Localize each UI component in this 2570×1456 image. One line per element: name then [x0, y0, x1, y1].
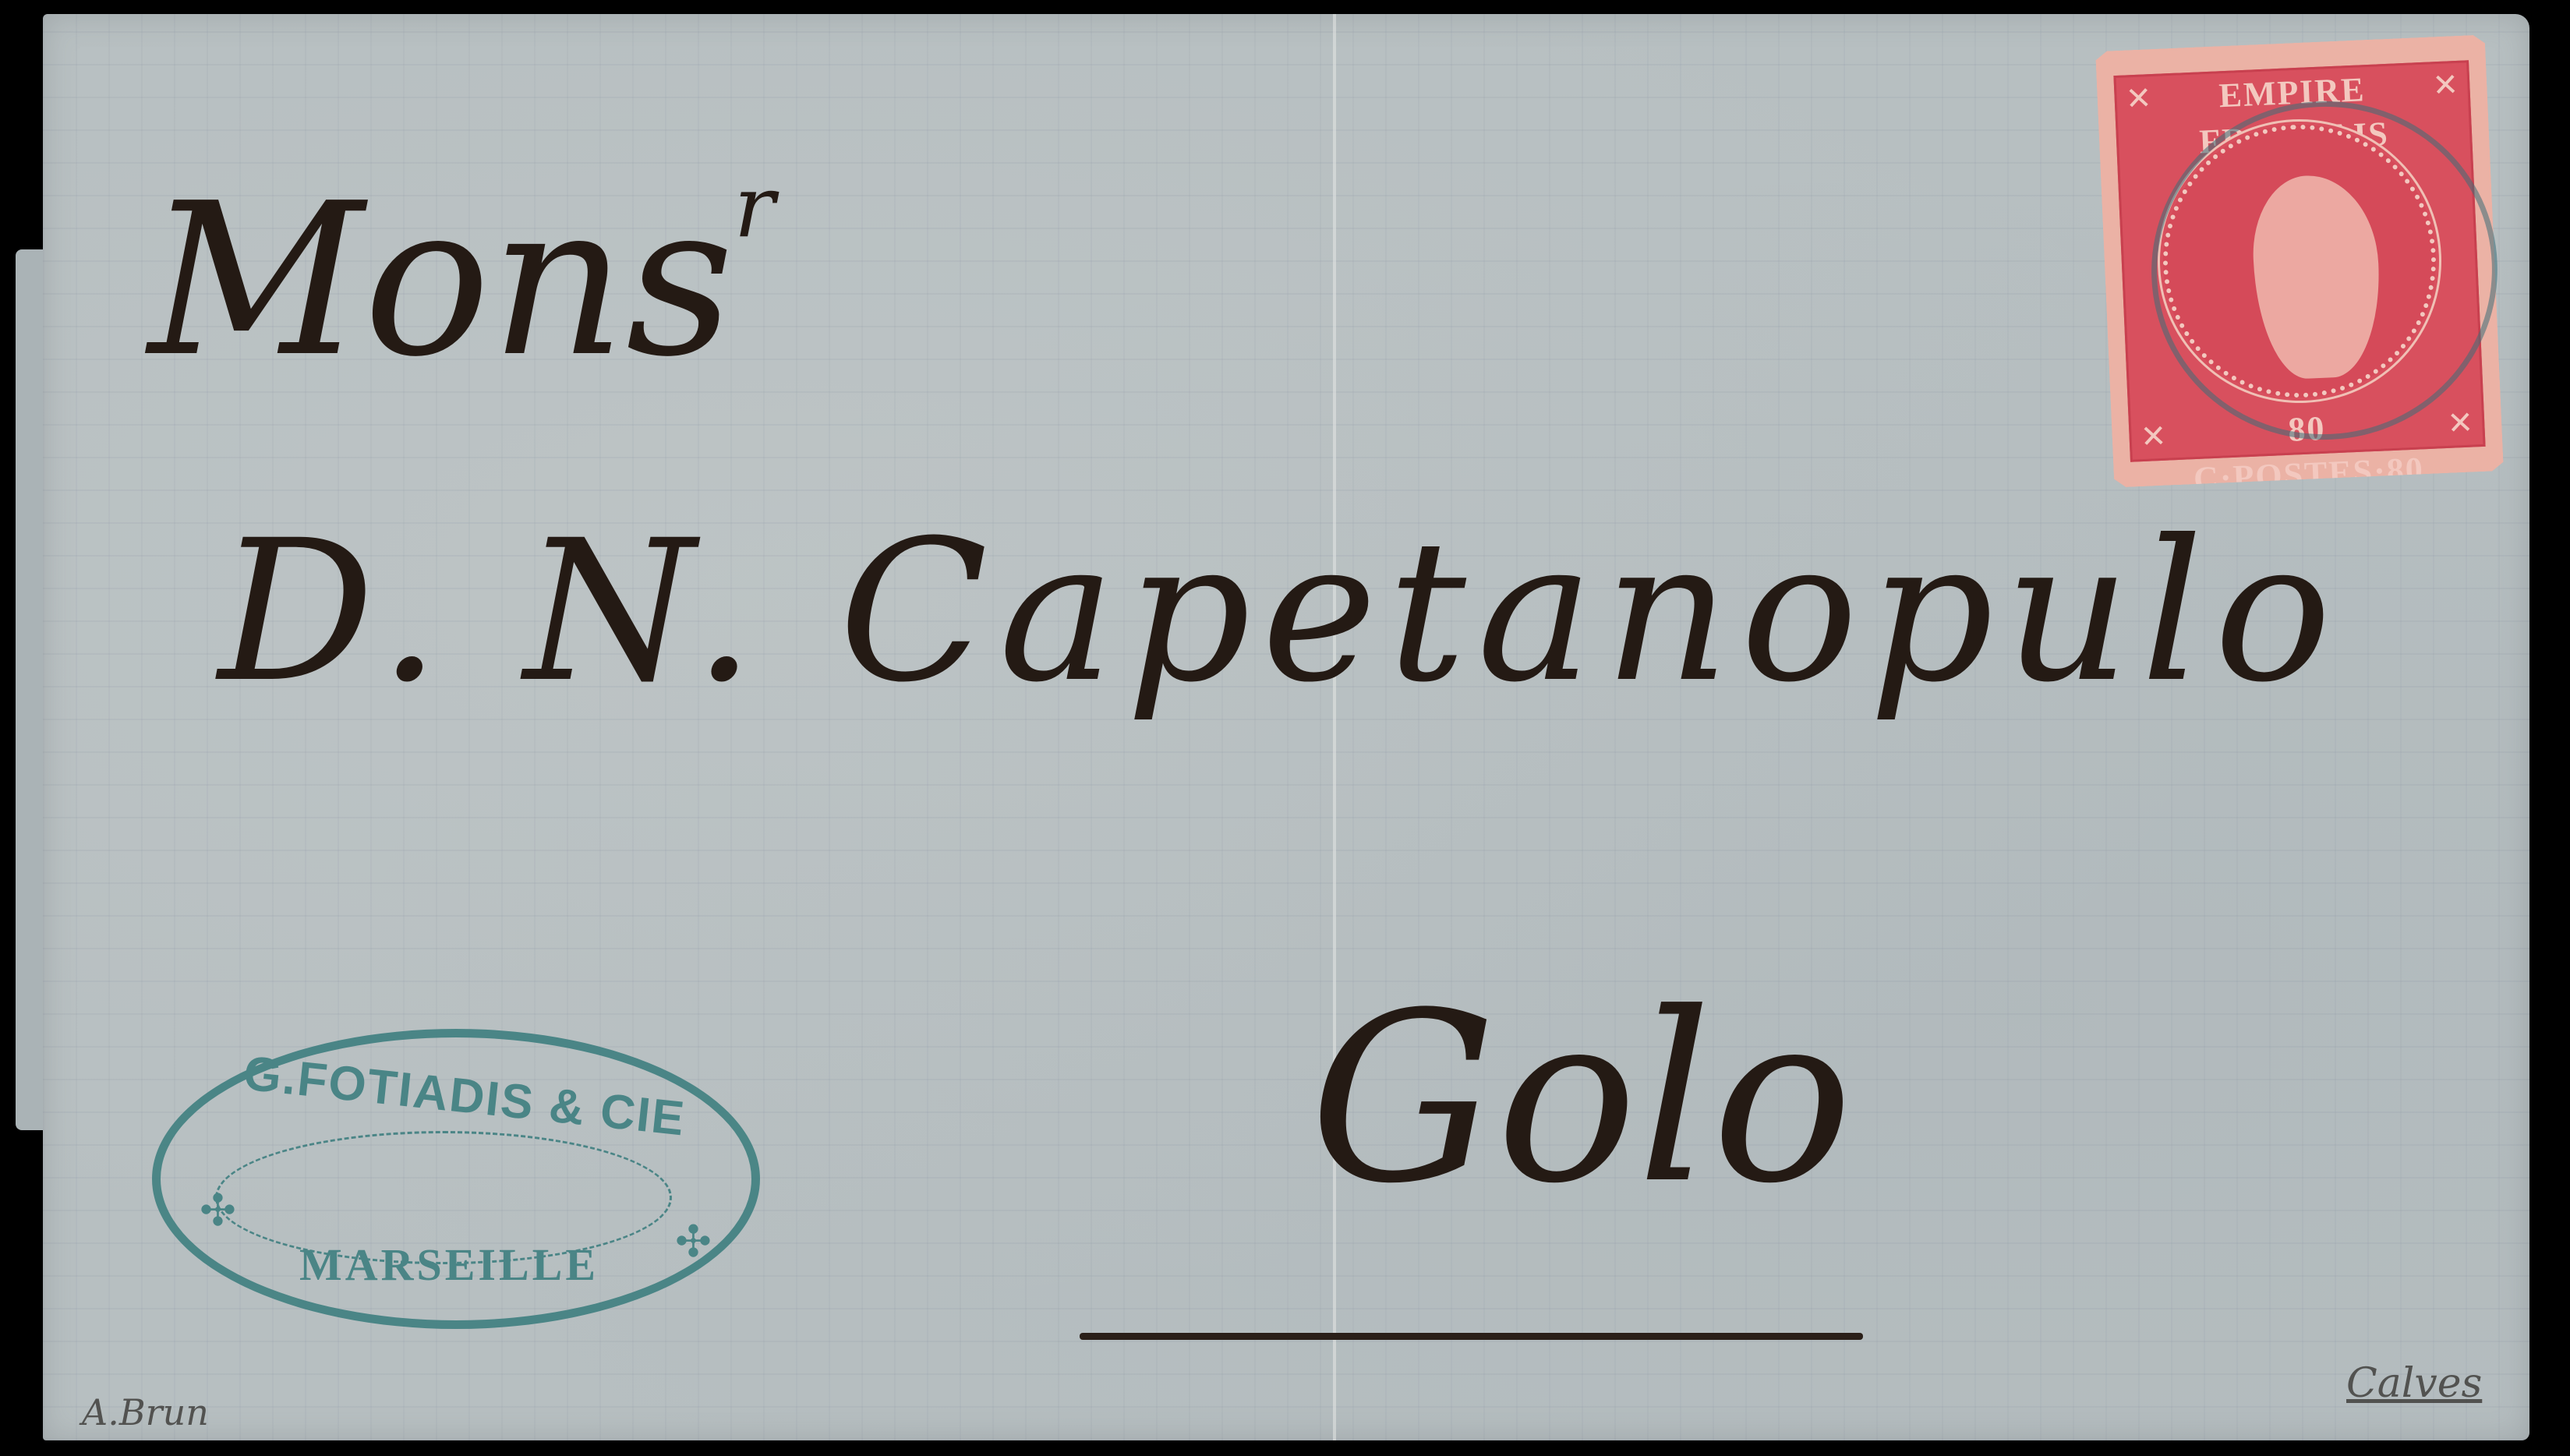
addressee-name: D. N. Capetanopulo — [218, 514, 2342, 709]
handstamp-city: MARSEILLE — [207, 1239, 691, 1291]
signature-bottom-right: Calves — [2346, 1360, 2482, 1407]
salutation: Monsr — [148, 164, 775, 386]
merchant-handstamp: G.FOTIADIS & CIE ✣ ✣ MARSEILLE — [152, 1029, 760, 1329]
star-icon: ✣ — [200, 1186, 236, 1236]
destination-city: Golo — [1310, 982, 1853, 1216]
salutation-text: Mons — [148, 157, 734, 403]
cross-icon: ✕ — [2423, 62, 2468, 108]
salutation-superscript: r — [734, 157, 775, 256]
cross-icon: ✕ — [2116, 76, 2162, 122]
cross-icon: ✕ — [2130, 414, 2176, 459]
underline-rule — [1080, 1333, 1863, 1340]
cross-icon: ✕ — [2437, 401, 2483, 446]
signature-bottom-left: A.Brun — [82, 1391, 209, 1433]
